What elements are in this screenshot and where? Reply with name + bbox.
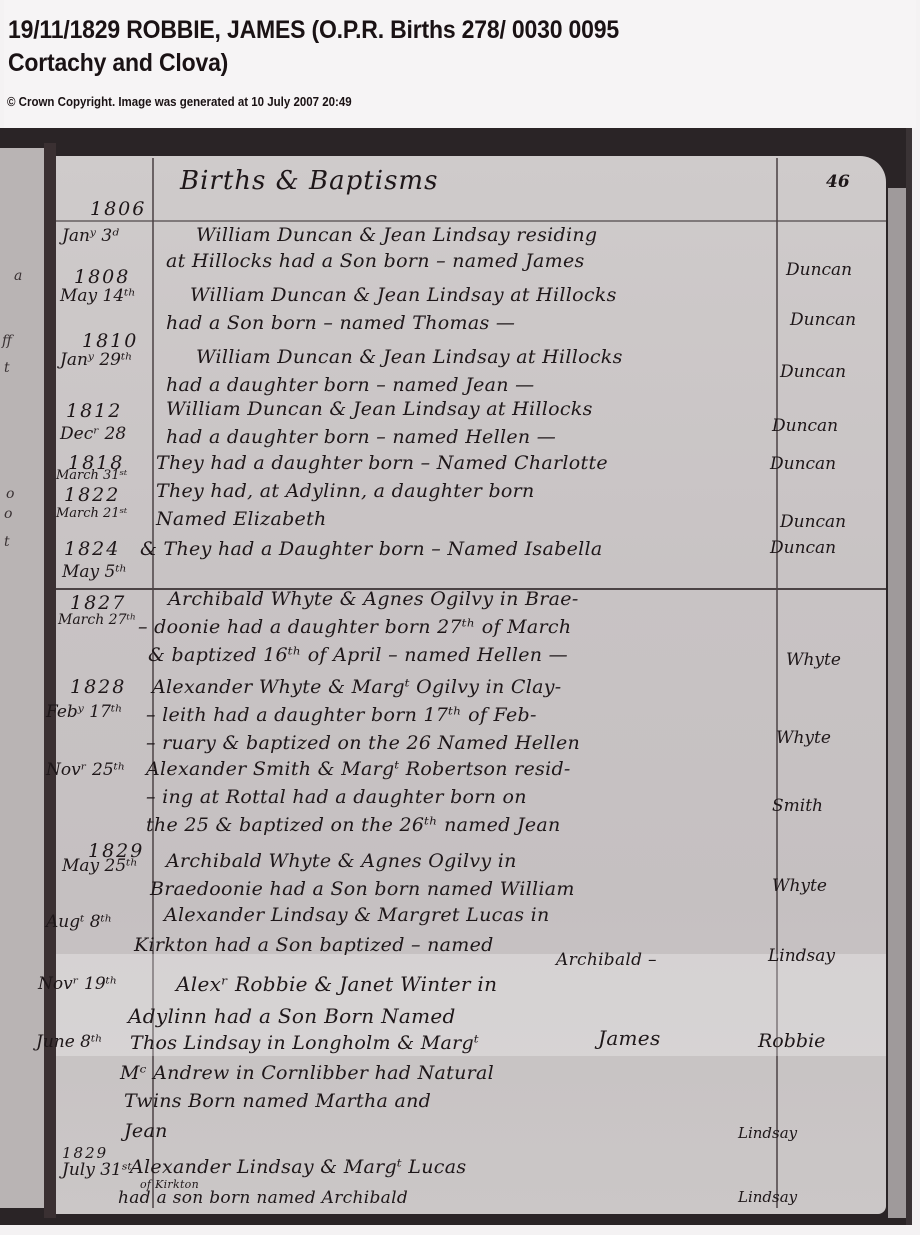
entry-year: 1828	[70, 676, 126, 698]
entry-text: had a daughter born – named Hellen —	[166, 426, 556, 448]
entry-text: the 25 & baptized on the 26ᵗʰ named Jean	[146, 814, 561, 836]
entry-date: Decʳ 28	[60, 424, 126, 444]
entry-text: Alexander Lindsay & Margret Lucas in	[164, 904, 550, 926]
entry-surname: Whyte	[786, 650, 841, 670]
margin-fragment: a	[14, 268, 22, 284]
entry-year: 1812	[66, 400, 122, 422]
entry-surname: Whyte	[776, 728, 831, 748]
entry-surname: Whyte	[772, 876, 827, 896]
margin-fragment: t	[4, 534, 10, 550]
entry-text: William Duncan & Jean Lindsay at Hillock…	[196, 346, 623, 368]
entry-text: Braedoonie had a Son born named William	[150, 878, 575, 900]
record-caption: 19/11/1829 ROBBIE, JAMES (O.P.R. Births …	[4, 0, 916, 128]
entry-surname: Duncan	[790, 310, 856, 330]
book-spine	[44, 143, 56, 1218]
entry-date: Augᵗ 8ᵗʰ	[46, 912, 112, 932]
entry-text: Named Elizabeth	[156, 508, 327, 530]
margin-fragment: o	[6, 486, 14, 502]
register-scan: a ff t o o t Births & Baptisms 46 1806 J…	[0, 128, 912, 1225]
entry-surname: Duncan	[780, 512, 846, 532]
entry-date: Novʳ 25ᵗʰ	[46, 760, 125, 780]
entry-text: Archibald Whyte & Agnes Ogilvy in Brae-	[168, 588, 579, 610]
entry-text: Alexʳ Robbie & Janet Winter in	[176, 972, 497, 996]
entry-text: Adylinn had a Son Born Named	[128, 1004, 456, 1028]
entry-surname: Robbie	[758, 1030, 825, 1052]
entry-text: – leith had a daughter born 17ᵗʰ of Feb-	[146, 704, 537, 726]
entry-text: Alexander Lindsay & Margᵗ Lucas	[130, 1156, 466, 1178]
entry-text: Alexander Smith & Margᵗ Robertson resid-	[146, 758, 571, 780]
entry-year: 1822	[64, 484, 120, 506]
entry-surname: Duncan	[772, 416, 838, 436]
entry-date: March 27ᵗʰ	[58, 612, 136, 628]
entry-year: 1827	[70, 592, 126, 614]
entry-date: March 31ˢᵗ	[56, 468, 127, 483]
entry-text: James	[598, 1026, 661, 1050]
entry-date: July 31ˢᵗ	[62, 1160, 132, 1180]
entry-text: Mᶜ Andrew in Cornlibber had Natural	[120, 1062, 494, 1084]
entry-text: Archibald Whyte & Agnes Ogilvy in	[166, 850, 517, 872]
entry-text: Jean	[124, 1120, 168, 1142]
entry-text: had a daughter born – named Jean —	[166, 374, 534, 396]
entry-text: They had, at Adylinn, a daughter born	[156, 480, 535, 502]
entry-text: Twins Born named Martha and	[124, 1090, 431, 1112]
entry-surname: Duncan	[770, 454, 836, 474]
entry-year: 1810	[82, 330, 138, 352]
record-title-line2: Cortachy and Clova)	[8, 47, 836, 80]
entry-surname: Duncan	[786, 260, 852, 280]
entry-text: had a son born named Archibald	[118, 1188, 408, 1208]
entry-text: Thos Lindsay in Longholm & Margᵗ	[130, 1032, 479, 1054]
entry-year: 1806	[90, 198, 146, 220]
entry-text: Alexander Whyte & Margᵗ Ogilvy in Clay-	[152, 676, 562, 698]
entry-date: Janʸ 29ᵗʰ	[60, 350, 133, 370]
record-title: 19/11/1829 ROBBIE, JAMES (O.P.R. Births …	[8, 14, 836, 80]
entry-date: Febʸ 17ᵗʰ	[46, 702, 122, 722]
entry-text: had a Son born – named Thomas —	[166, 312, 515, 334]
entry-surname: Lindsay	[738, 1124, 797, 1142]
page-number: 46	[826, 172, 850, 192]
entry-surname: Smith	[772, 796, 823, 816]
scan-frame	[906, 128, 912, 1225]
entry-surname: Lindsay	[738, 1188, 797, 1206]
entry-text: William Duncan & Jean Lindsay at Hillock…	[190, 284, 617, 306]
entry-text: – ruary & baptized on the 26 Named Helle…	[146, 732, 580, 754]
margin-fragment: t	[4, 360, 10, 376]
entry-date: May 5ᵗʰ	[62, 562, 127, 582]
entry-text: at Hillocks had a Son born – named James	[166, 250, 585, 272]
entry-surname: Duncan	[770, 538, 836, 558]
entry-year: 1824	[64, 538, 120, 560]
margin-fragment: ff	[2, 333, 12, 349]
entry-text: William Duncan & Jean Lindsay at Hillock…	[166, 398, 593, 420]
entry-text: Kirkton had a Son baptized – named	[134, 934, 494, 956]
entry-date: May 14ᵗʰ	[60, 286, 136, 306]
margin-fragment: o	[4, 506, 12, 522]
heading-rule	[56, 220, 886, 222]
entry-date: March 21ˢᵗ	[56, 506, 127, 521]
entry-surname: Duncan	[780, 362, 846, 382]
entry-date: May 25ᵗʰ	[62, 856, 138, 876]
entry-surname: Lindsay	[768, 946, 835, 966]
entry-date: Janʸ 3ᵈ	[62, 226, 119, 246]
entry-year: 1808	[74, 266, 130, 288]
copyright-notice: © Crown Copyright. Image was generated a…	[7, 95, 352, 109]
page-edge	[888, 188, 906, 1218]
entry-text: & baptized 16ᵗʰ of April – named Hellen …	[148, 644, 568, 666]
register-heading: Births & Baptisms	[180, 166, 438, 196]
entry-text: Archibald –	[556, 950, 657, 970]
entry-text: William Duncan & Jean Lindsay residing	[196, 224, 597, 246]
entry-date: June 8ᵗʰ	[36, 1032, 103, 1052]
entry-text: – ing at Rottal had a daughter born on	[146, 786, 527, 808]
entry-text: – doonie had a daughter born 27ᵗʰ of Mar…	[138, 616, 571, 638]
entry-text: They had a daughter born – Named Charlot…	[156, 452, 608, 474]
entry-text: & They had a Daughter born – Named Isabe…	[140, 538, 603, 560]
entry-date: Novʳ 19ᵗʰ	[38, 974, 117, 994]
record-title-line1: 19/11/1829 ROBBIE, JAMES (O.P.R. Births …	[8, 14, 836, 47]
